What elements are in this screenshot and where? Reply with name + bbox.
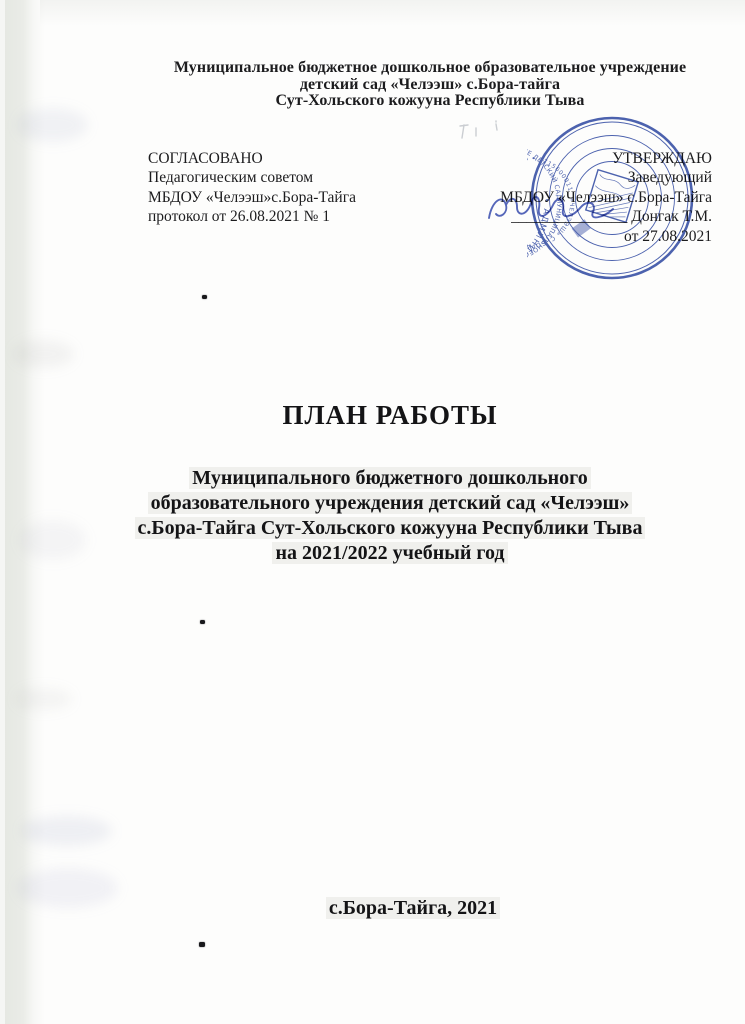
subtitle-line-4: на 2021/2022 учебный год bbox=[118, 541, 662, 566]
scan-smudge bbox=[18, 108, 88, 142]
director-signature bbox=[483, 188, 623, 230]
agreed-line-4: протокол от 26.08.2021 № 1 bbox=[148, 207, 356, 226]
scan-top-shading bbox=[40, 0, 745, 26]
scan-smudge bbox=[16, 688, 72, 710]
document-header: Муниципальное бюджетное дошкольное образ… bbox=[113, 60, 745, 110]
scan-smudge bbox=[18, 868, 118, 908]
scan-left-shadow bbox=[5, 0, 45, 1024]
header-line-3: Сут-Хольского кожууна Республики Тыва bbox=[113, 93, 745, 110]
subtitle-line-3: с.Бора-Тайга Сут-Хольского кожууна Респу… bbox=[118, 516, 662, 541]
agreed-line-3: МБДОУ «Челээш»с.Бора-Тайга bbox=[148, 188, 356, 207]
agreed-line-2: Педагогическим советом bbox=[148, 168, 356, 187]
scan-dot bbox=[202, 295, 207, 299]
scanned-document-page: Муниципальное бюджетное дошкольное образ… bbox=[0, 0, 745, 1024]
scan-dot bbox=[200, 620, 205, 624]
scan-smudge bbox=[14, 340, 74, 368]
document-footer: с.Бора-Тайга, 2021 bbox=[153, 897, 673, 920]
agreed-title: СОГЛАСОВАНО bbox=[148, 149, 356, 168]
header-line-2: детский сад «Челээш» с.Бора-тайга bbox=[113, 77, 745, 94]
faint-pencil-marks bbox=[452, 118, 522, 146]
scan-smudge bbox=[22, 816, 112, 846]
subtitle-line-2: образовательного учреждения детский сад … bbox=[118, 491, 662, 516]
header-line-1: Муниципальное бюджетное дошкольное образ… bbox=[113, 60, 745, 77]
document-subtitle: Муниципального бюджетного дошкольного об… bbox=[118, 466, 662, 566]
agreed-block: СОГЛАСОВАНО Педагогическим советом МБДОУ… bbox=[148, 149, 356, 227]
scan-dot bbox=[199, 942, 205, 947]
scan-smudge bbox=[20, 520, 86, 560]
subtitle-line-1: Муниципального бюджетного дошкольного bbox=[118, 466, 662, 491]
document-title: ПЛАН РАБОТЫ bbox=[130, 400, 650, 431]
